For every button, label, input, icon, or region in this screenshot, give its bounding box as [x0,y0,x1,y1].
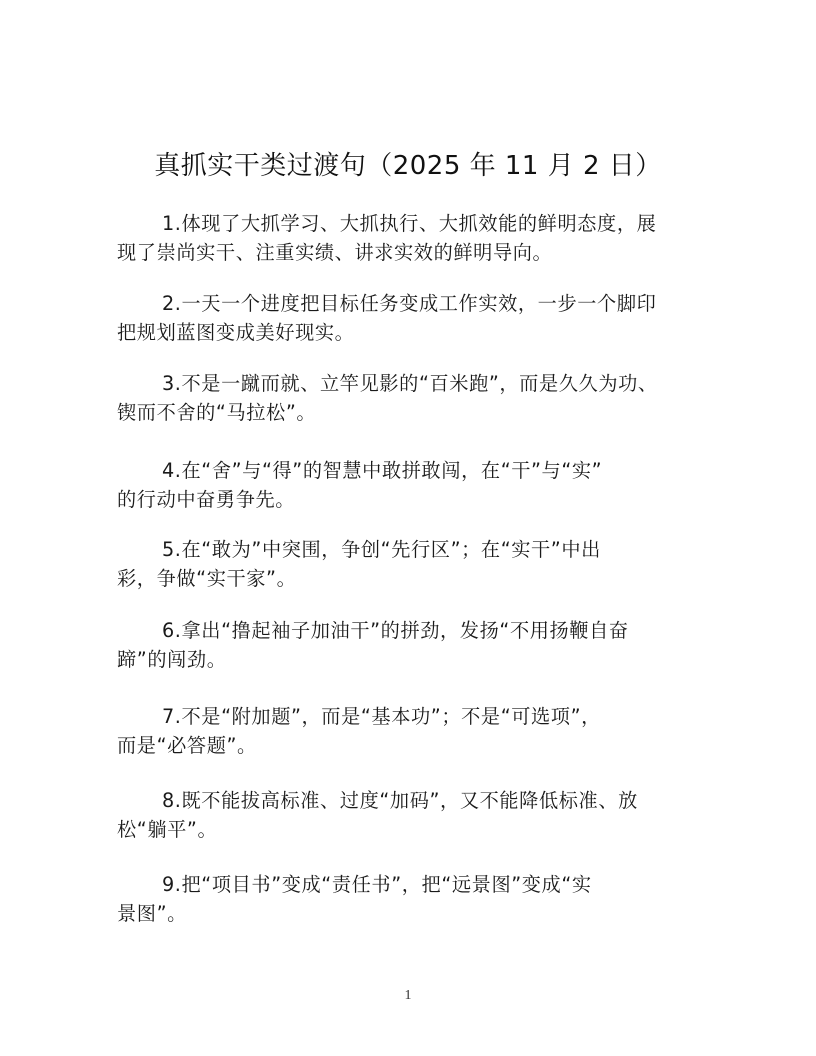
paragraph-line: 景图”。 [117,899,697,928]
paragraph-8: 8.既不能拔高标准、过度“加码”，又不能降低标准、放 松“躺平”。 [117,786,697,844]
paragraph-2: 2.一天一个进度把目标任务变成工作实效，一步一个脚印 把规划蓝图变成美好现实。 [117,289,697,347]
paragraph-line: 4.在“舍”与“得”的智慧中敢拼敢闯，在“干”与“实” [117,456,697,485]
paragraph-line: 锲而不舍的“马拉松”。 [117,398,697,427]
paragraph-line: 蹄”的闯劲。 [117,645,697,674]
paragraph-line: 8.既不能拔高标准、过度“加码”，又不能降低标准、放 [117,786,697,815]
paragraph-line: 而是“必答题”。 [117,731,697,760]
paragraph-line: 3.不是一蹴而就、立竿见影的“百米跑”，而是久久为功、 [117,369,697,398]
page-number: 1 [0,988,816,1004]
paragraph-6: 6.拿出“撸起袖子加油干”的拼劲，发扬“不用扬鞭自奋 蹄”的闯劲。 [117,616,697,674]
paragraph-line: 把规划蓝图变成美好现实。 [117,318,697,347]
paragraph-line: 的行动中奋勇争先。 [117,485,697,514]
document-title: 真抓实干类过渡句（2025 年 11 月 2 日） [0,146,816,186]
paragraph-5: 5.在“敢为”中突围，争创“先行区”；在“实干”中出 彩，争做“实干家”。 [117,535,697,593]
paragraph-3: 3.不是一蹴而就、立竿见影的“百米跑”，而是久久为功、 锲而不舍的“马拉松”。 [117,369,697,427]
paragraph-9: 9.把“项目书”变成“责任书”，把“远景图”变成“实 景图”。 [117,870,697,928]
paragraph-line: 5.在“敢为”中突围，争创“先行区”；在“实干”中出 [117,535,697,564]
paragraph-line: 现了崇尚实干、注重实绩、讲求实效的鲜明导向。 [117,238,697,267]
paragraph-line: 9.把“项目书”变成“责任书”，把“远景图”变成“实 [117,870,697,899]
paragraph-line: 7.不是“附加题”，而是“基本功”；不是“可选项”， [117,702,697,731]
document-page: 真抓实干类过渡句（2025 年 11 月 2 日） 1.体现了大抓学习、大抓执行… [0,0,816,1056]
paragraph-line: 2.一天一个进度把目标任务变成工作实效，一步一个脚印 [117,289,697,318]
paragraph-line: 彩，争做“实干家”。 [117,564,697,593]
paragraph-line: 1.体现了大抓学习、大抓执行、大抓效能的鲜明态度，展 [117,209,697,238]
paragraph-line: 6.拿出“撸起袖子加油干”的拼劲，发扬“不用扬鞭自奋 [117,616,697,645]
paragraph-line: 松“躺平”。 [117,815,697,844]
paragraph-7: 7.不是“附加题”，而是“基本功”；不是“可选项”， 而是“必答题”。 [117,702,697,760]
paragraph-4: 4.在“舍”与“得”的智慧中敢拼敢闯，在“干”与“实” 的行动中奋勇争先。 [117,456,697,514]
paragraph-1: 1.体现了大抓学习、大抓执行、大抓效能的鲜明态度，展 现了崇尚实干、注重实绩、讲… [117,209,697,267]
